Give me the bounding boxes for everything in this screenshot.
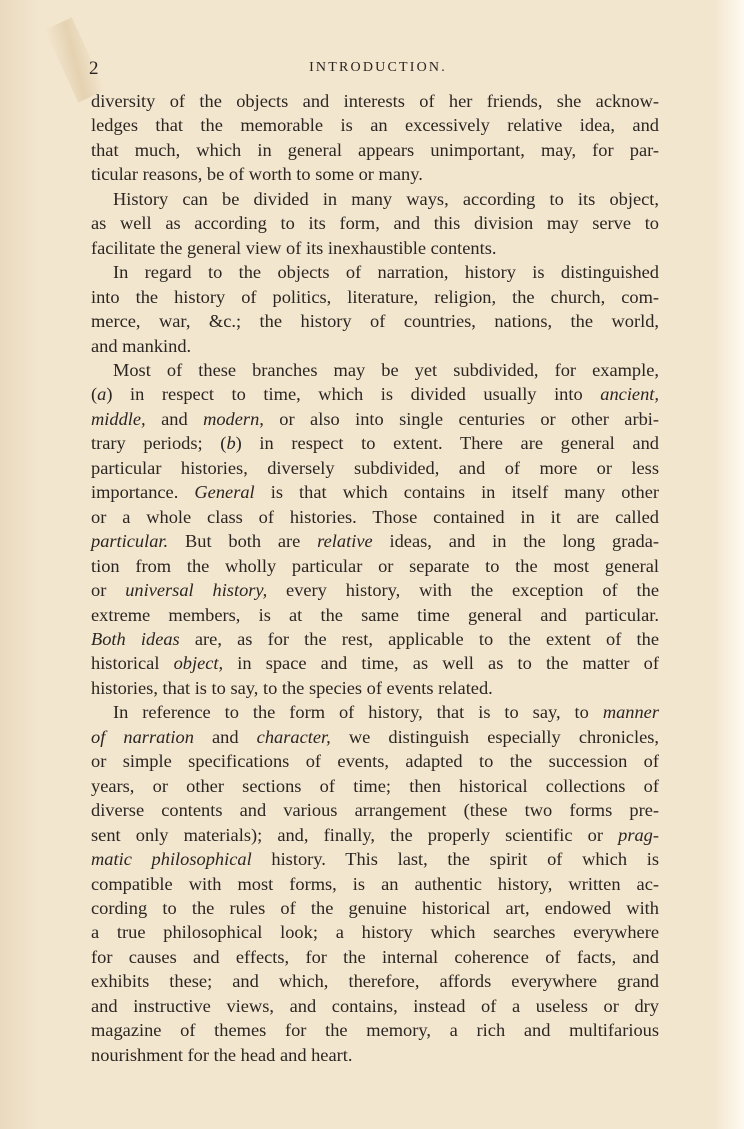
italic-span: of narration bbox=[91, 727, 194, 747]
text-line: merce, war, &c.; the history of countrie… bbox=[91, 309, 659, 333]
text-span: into the history of politics, literature… bbox=[91, 287, 659, 307]
italic-span: universal history, bbox=[125, 580, 267, 600]
italic-span: matic philosophical bbox=[91, 849, 252, 869]
italic-span: manner bbox=[603, 702, 659, 722]
text-line: Most of these branches may be yet subdiv… bbox=[91, 358, 659, 382]
text-line: ledges that the memorable is an excessiv… bbox=[91, 113, 659, 137]
text-line: as well as according to its form, and th… bbox=[91, 211, 659, 235]
text-span: magazine of themes for the memory, a ric… bbox=[91, 1020, 659, 1040]
text-line: or simple specifications of events, adap… bbox=[91, 749, 659, 773]
text-span: ) in respect to time, which is divided u… bbox=[106, 384, 600, 404]
italic-span: middle, bbox=[91, 409, 146, 429]
text-span: sent only materials); and, finally, the … bbox=[91, 825, 618, 845]
text-line: History can be divided in many ways, acc… bbox=[91, 187, 659, 211]
text-line: into the history of politics, literature… bbox=[91, 285, 659, 309]
text-line: years, or other sections of time; then h… bbox=[91, 774, 659, 798]
text-line: histories, that is to say, to the specie… bbox=[91, 676, 659, 700]
text-line: and instructive views, and contains, ins… bbox=[91, 994, 659, 1018]
text-span: ledges that the memorable is an excessiv… bbox=[91, 115, 659, 135]
text-line: nourishment for the head and heart. bbox=[91, 1043, 659, 1067]
italic-span: b bbox=[226, 433, 235, 453]
book-page: 2 INTRODUCTION. diversity of the objects… bbox=[0, 0, 744, 1129]
text-span: and bbox=[194, 727, 257, 747]
running-head: 2 INTRODUCTION. bbox=[89, 58, 667, 82]
italic-span: a bbox=[97, 384, 106, 404]
italic-span: character, bbox=[257, 727, 331, 747]
text-line: particular histories, diversely subdivid… bbox=[91, 456, 659, 480]
paragraph: History can be divided in many ways, acc… bbox=[91, 187, 659, 260]
text-line: In reference to the form of history, tha… bbox=[91, 700, 659, 724]
text-span: ) in respect to extent. There are genera… bbox=[236, 433, 659, 453]
text-span: extreme members, is at the same time gen… bbox=[91, 605, 659, 625]
italic-span: prag- bbox=[618, 825, 659, 845]
text-line: particular. But both are relative ideas,… bbox=[91, 529, 659, 553]
italic-span: object, bbox=[174, 653, 224, 673]
text-span: But both are bbox=[168, 531, 317, 551]
text-line: magazine of themes for the memory, a ric… bbox=[91, 1018, 659, 1042]
text-span: ideas, and in the long grada- bbox=[373, 531, 659, 551]
text-line: extreme members, is at the same time gen… bbox=[91, 603, 659, 627]
text-span: In regard to the objects of narration, h… bbox=[113, 262, 659, 282]
text-span: importance. bbox=[91, 482, 194, 502]
running-head-title: INTRODUCTION. bbox=[89, 60, 667, 76]
paragraph: Most of these branches may be yet subdiv… bbox=[91, 358, 659, 700]
italic-span: modern, bbox=[203, 409, 264, 429]
text-span: Most of these branches may be yet subdiv… bbox=[113, 360, 659, 380]
text-span: for causes and effects, for the internal… bbox=[91, 947, 659, 967]
italic-span: Both ideas bbox=[91, 629, 180, 649]
text-line: tion from the wholly particular or separ… bbox=[91, 554, 659, 578]
text-span: diverse contents and various arrangement… bbox=[91, 800, 659, 820]
text-span: particular histories, diversely subdivid… bbox=[91, 458, 659, 478]
text-line: ticular reasons, be of worth to some or … bbox=[91, 162, 659, 186]
text-span: every history, with the exception of the bbox=[267, 580, 659, 600]
text-line: importance. General is that which contai… bbox=[91, 480, 659, 504]
text-line: that much, which in general appears unim… bbox=[91, 138, 659, 162]
text-line: of narration and character, we distingui… bbox=[91, 725, 659, 749]
text-line: diversity of the objects and interests o… bbox=[91, 89, 659, 113]
text-span: compatible with most forms, is an authen… bbox=[91, 874, 659, 894]
text-line: diverse contents and various arrangement… bbox=[91, 798, 659, 822]
text-line: matic philosophical history. This last, … bbox=[91, 847, 659, 871]
text-span: merce, war, &c.; the history of countrie… bbox=[91, 311, 659, 331]
text-span: is that which contains in itself many ot… bbox=[255, 482, 659, 502]
text-span: that much, which in general appears unim… bbox=[91, 140, 659, 160]
text-span: a true philosophical look; a history whi… bbox=[91, 922, 659, 942]
italic-span: General bbox=[194, 482, 254, 502]
text-span: exhibits these; and which, therefore, af… bbox=[91, 971, 659, 991]
text-span: facilitate the general view of its inexh… bbox=[91, 238, 496, 258]
body-text: diversity of the objects and interests o… bbox=[91, 89, 659, 1067]
text-span: or also into single centuries or other a… bbox=[264, 409, 659, 429]
text-span: history. This last, the spirit of which … bbox=[252, 849, 659, 869]
text-span: nourishment for the head and heart. bbox=[91, 1045, 352, 1065]
text-span: or bbox=[91, 580, 125, 600]
text-line: middle, and modern, or also into single … bbox=[91, 407, 659, 431]
text-line: facilitate the general view of its inexh… bbox=[91, 236, 659, 260]
text-line: a true philosophical look; a history whi… bbox=[91, 920, 659, 944]
text-span: are, as for the rest, applicable to the … bbox=[180, 629, 659, 649]
text-line: (a) in respect to time, which is divided… bbox=[91, 382, 659, 406]
text-line: sent only materials); and, finally, the … bbox=[91, 823, 659, 847]
text-span: in space and time, as well as to the mat… bbox=[223, 653, 659, 673]
text-span: and bbox=[146, 409, 203, 429]
text-line: trary periods; (b) in respect to extent.… bbox=[91, 431, 659, 455]
text-span: as well as according to its form, and th… bbox=[91, 213, 659, 233]
text-line: compatible with most forms, is an authen… bbox=[91, 872, 659, 896]
text-line: exhibits these; and which, therefore, af… bbox=[91, 969, 659, 993]
text-span: diversity of the objects and interests o… bbox=[91, 91, 659, 111]
text-span: and mankind. bbox=[91, 336, 191, 356]
text-line: cording to the rules of the genuine hist… bbox=[91, 896, 659, 920]
text-line: or universal history, every history, wit… bbox=[91, 578, 659, 602]
italic-span: ancient, bbox=[600, 384, 659, 404]
text-span: cording to the rules of the genuine hist… bbox=[91, 898, 659, 918]
text-line: or a whole class of histories. Those con… bbox=[91, 505, 659, 529]
paragraph: In reference to the form of history, tha… bbox=[91, 700, 659, 1067]
text-span: In reference to the form of history, tha… bbox=[113, 702, 603, 722]
text-span: ticular reasons, be of worth to some or … bbox=[91, 164, 423, 184]
text-span: histories, that is to say, to the specie… bbox=[91, 678, 493, 698]
italic-span: relative bbox=[317, 531, 373, 551]
text-line: In regard to the objects of narration, h… bbox=[91, 260, 659, 284]
text-span: and instructive views, and contains, ins… bbox=[91, 996, 659, 1016]
text-line: for causes and effects, for the internal… bbox=[91, 945, 659, 969]
text-line: and mankind. bbox=[91, 334, 659, 358]
paragraph: In regard to the objects of narration, h… bbox=[91, 260, 659, 358]
text-span: trary periods; ( bbox=[91, 433, 226, 453]
italic-span: particular. bbox=[91, 531, 168, 551]
paragraph: diversity of the objects and interests o… bbox=[91, 89, 659, 187]
text-span: History can be divided in many ways, acc… bbox=[113, 189, 659, 209]
text-line: historical object, in space and time, as… bbox=[91, 651, 659, 675]
text-span: we distinguish especially chronicles, bbox=[331, 727, 659, 747]
text-span: historical bbox=[91, 653, 174, 673]
text-line: Both ideas are, as for the rest, applica… bbox=[91, 627, 659, 651]
text-span: or simple specifications of events, adap… bbox=[91, 751, 659, 771]
text-span: or a whole class of histories. Those con… bbox=[91, 507, 659, 527]
text-span: years, or other sections of time; then h… bbox=[91, 776, 659, 796]
text-span: tion from the wholly particular or separ… bbox=[91, 556, 659, 576]
